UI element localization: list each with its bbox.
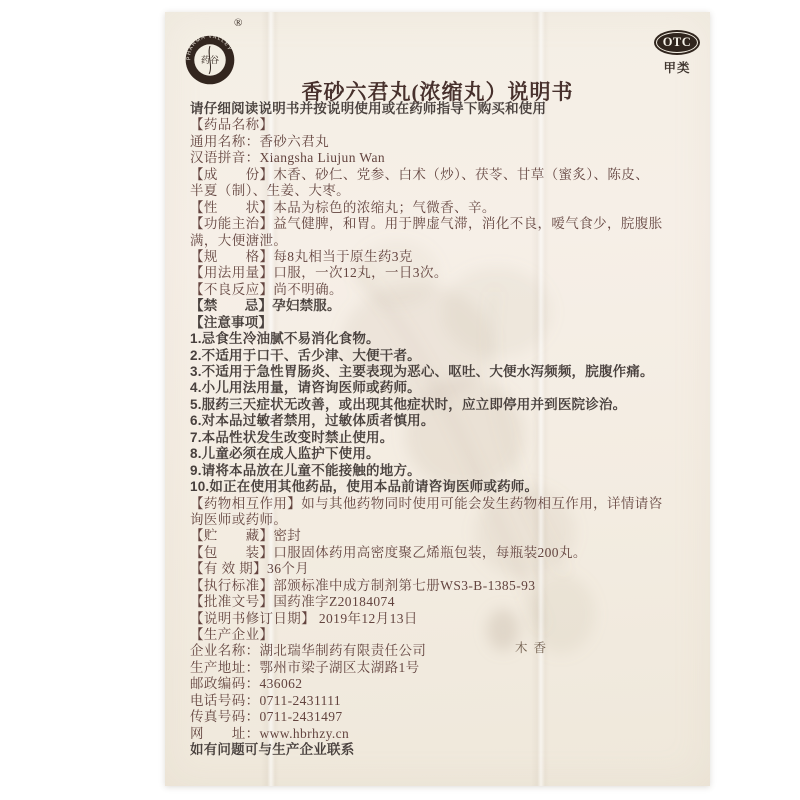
otc-label: OTC: [663, 35, 692, 50]
body-line: 网 址：www.hbrhzy.cn: [190, 726, 695, 742]
body-line: 【贮 藏】密封: [190, 528, 695, 544]
leaflet-paper: PHARMA VALLEY 药谷 ® OTC 甲类 香砂六君丸(浓缩丸）说明书 …: [165, 12, 710, 786]
svg-text:药谷: 药谷: [201, 54, 219, 65]
body-line: 2.不适用于口干、舌少津、大便干者。: [190, 348, 695, 364]
body-line: 汉语拼音：Xiangsha Liujun Wan: [190, 150, 695, 166]
leaflet-body: 请仔细阅读说明书并按说明使用或在药师指导下购买和使用 【药品名称】通用名称：香砂…: [190, 101, 695, 759]
body-line: 【执行标准】部颁标准中成方制剂第七册WS3-B-1385-93: [190, 578, 695, 594]
body-line: 【生产企业】: [190, 627, 695, 643]
body-line: 生产地址：鄂州市梁子湖区太湖路1号: [190, 660, 695, 676]
body-line: 【性 状】本品为棕色的浓缩丸；气微香、辛。: [190, 200, 695, 216]
body-line: 【规 格】每8丸相当于原生药3克: [190, 249, 695, 265]
photo-backdrop: { "page": { "logo": { "brand_arc": "PHAR…: [0, 0, 800, 800]
body-line: 电话号码：0711-2431111: [190, 693, 695, 709]
body-line: 【有 效 期】36个月: [190, 561, 695, 577]
body-line: 9.请将本品放在儿童不能接触的地方。: [190, 463, 695, 479]
body-line: 10.如正在使用其他药品，使用本品前请咨询医师或药师。: [190, 479, 695, 495]
body-line: 通用名称：香砂六君丸: [190, 134, 695, 150]
body-line: 【药物相互作用】如与其他药物同时使用可能会发生药物相互作用，详情请咨: [190, 496, 695, 512]
body-line: 传真号码：0711-2431497: [190, 709, 695, 725]
body-line: 1.忌食生冷油腻不易消化食物。: [190, 331, 695, 347]
body-line: 半夏（制）、生姜、大枣。: [190, 183, 695, 199]
body-line: 【说明书修订日期】 2019年12月13日: [190, 611, 695, 627]
otc-oval: OTC: [654, 30, 700, 55]
read-instructions-notice: 请仔细阅读说明书并按说明使用或在药师指导下购买和使用: [190, 101, 695, 117]
body-line: 如有问题可与生产企业联系: [190, 742, 695, 758]
body-line: 8.儿童必须在成人监护下使用。: [190, 446, 695, 462]
body-line: 6.对本品过敏者禁用，过敏体质者慎用。: [190, 413, 695, 429]
body-line: 【用法用量】口服，一次12丸，一日3次。: [190, 265, 695, 281]
body-line: 【注意事项】: [190, 315, 695, 331]
body-line: 【禁 忌】孕妇禁服。: [190, 298, 695, 314]
body-line: 【批准文号】国药准字Z20184074: [190, 594, 695, 610]
otc-badge: OTC 甲类: [654, 30, 700, 76]
watermark-caption: 木香: [515, 638, 552, 656]
body-line: 3.不适用于急性胃肠炎、主要表现为恶心、呕吐、大便水泻频频，脘腹作痛。: [190, 364, 695, 380]
body-line: 7.本品性状发生改变时禁止使用。: [190, 430, 695, 446]
body-lines-container: 【药品名称】通用名称：香砂六君丸汉语拼音：Xiangsha Liujun Wan…: [190, 117, 695, 758]
body-line: 【功能主治】益气健脾，和胃。用于脾虚气滞，消化不良，嗳气食少，脘腹胀: [190, 216, 695, 232]
body-line: 【包 装】口服固体药用高密度聚乙烯瓶包装，每瓶装200丸。: [190, 545, 695, 561]
body-line: 邮政编码：436062: [190, 676, 695, 692]
body-line: 询医师或药师。: [190, 512, 695, 528]
body-line: 4.小儿用法用量，请咨询医师或药师。: [190, 380, 695, 396]
body-line: 【不良反应】尚不明确。: [190, 282, 695, 298]
body-line: 企业名称：湖北瑞华制药有限责任公司: [190, 643, 695, 659]
body-line: 满，大便溏泄。: [190, 233, 695, 249]
body-line: 【成 份】木香、砂仁、党参、白术（炒）、茯苓、甘草（蜜炙）、陈皮、: [190, 167, 695, 183]
body-line: 【药品名称】: [190, 117, 695, 133]
otc-class-label: 甲类: [654, 58, 700, 76]
registered-trademark-symbol: ®: [234, 17, 242, 29]
body-line: 5.服药三天症状无改善，或出现其他症状时，应立即停用并到医院诊治。: [190, 397, 695, 413]
